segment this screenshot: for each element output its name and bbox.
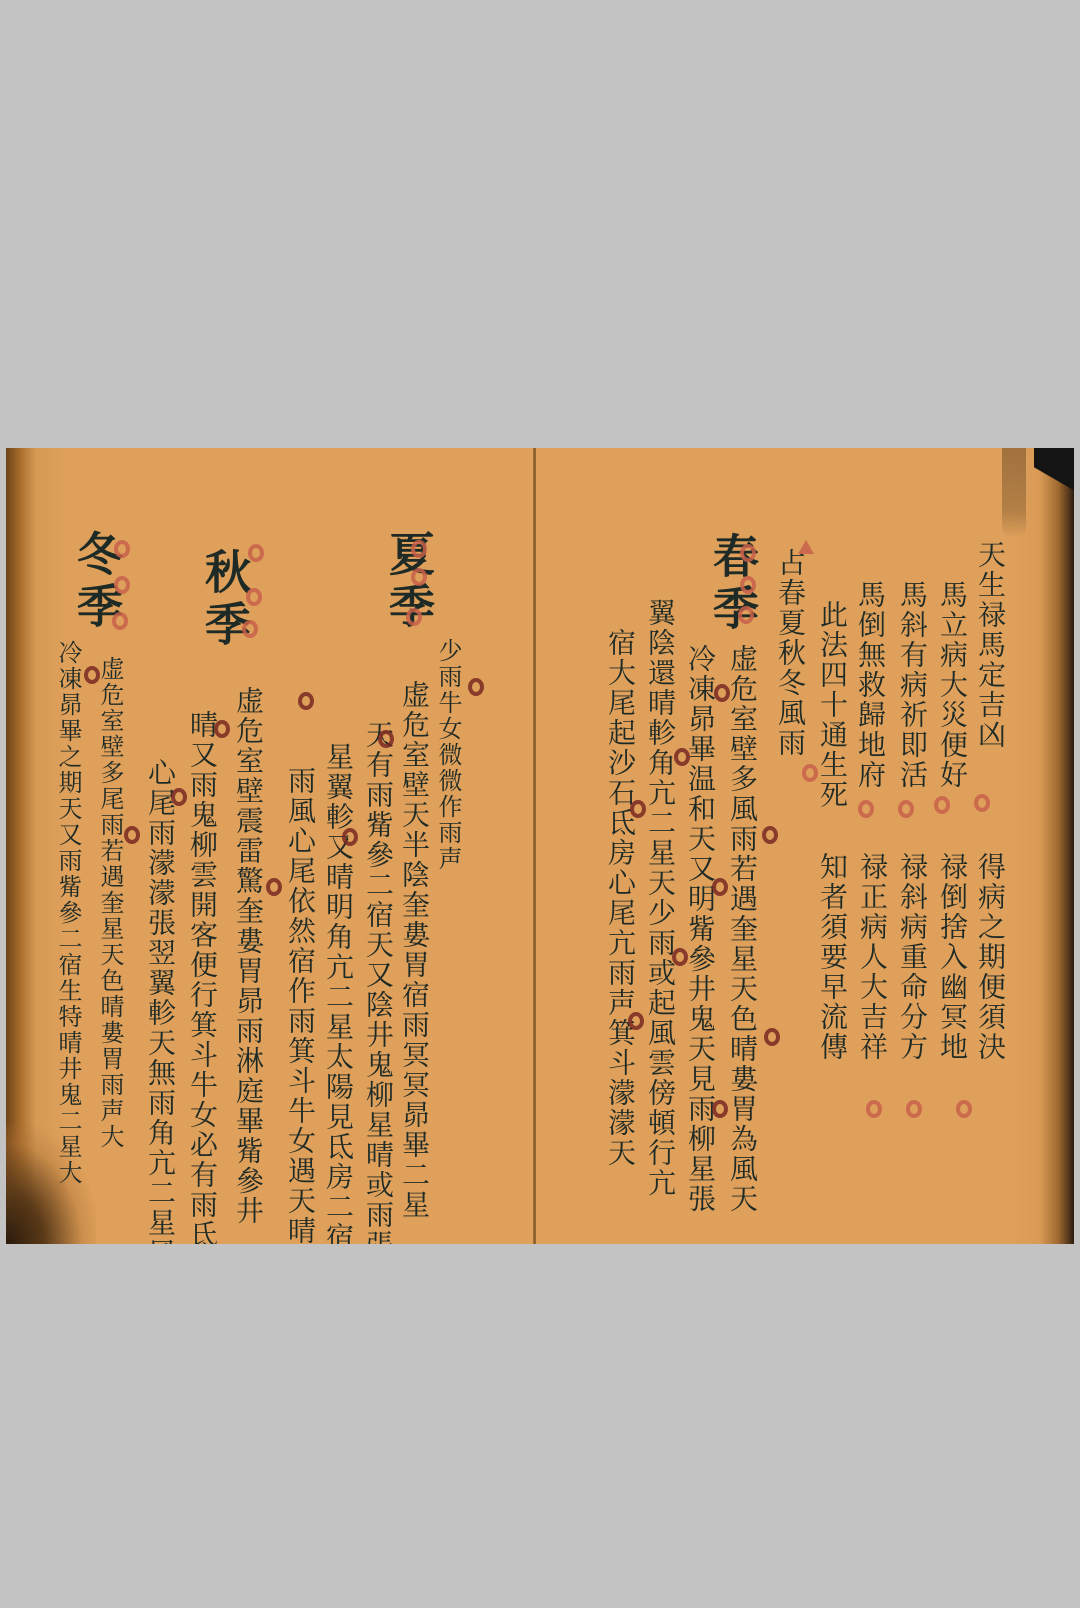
- right-page: 天生禄馬定吉凶 馬立病大災便好 馬斜有病祈即活 馬倒無救歸地府 此法四十通生死 …: [536, 448, 1074, 1244]
- verse-column-2: 馬立病大災便好: [938, 580, 966, 790]
- red-circle-mark: [866, 1100, 882, 1118]
- red-circle-mark: [246, 588, 262, 606]
- red-circle-mark: [171, 788, 187, 806]
- summer-column-2: 虚危室壁天半陰奎婁胃宿雨冥冥昴畢二星: [400, 680, 428, 1220]
- red-circle-mark: [738, 606, 754, 624]
- red-circle-mark: [630, 800, 646, 818]
- spring-heading: 春季: [700, 532, 766, 636]
- red-circle-mark: [712, 1100, 728, 1118]
- autumn-column-1: 虚危室壁震雷驚奎婁胃昴雨淋庭畢觜參井: [234, 686, 262, 1226]
- red-circle-mark: [762, 826, 778, 844]
- red-circle-mark: [672, 948, 688, 966]
- red-circle-mark: [214, 720, 230, 738]
- red-circle-mark: [934, 796, 950, 814]
- spring-column-2: 冷凍昴畢温和天又明觜參井鬼天見雨柳星張: [686, 644, 714, 1214]
- verse-column-5: 此法四十通生死: [818, 600, 846, 810]
- red-circle-mark: [112, 612, 128, 630]
- autumn-column-3: 心尾雨濛濛張翌翼軫天無雨角亢二星風雨声: [146, 758, 174, 1244]
- red-circle-mark: [858, 800, 874, 818]
- summer-column-4: 星翼軫又晴明角亢二星太陽見氐房二宿大: [324, 742, 352, 1244]
- red-circle-mark: [802, 764, 818, 782]
- red-circle-mark: [242, 620, 258, 638]
- verse-column-1: 天生禄馬定吉凶: [976, 540, 1004, 750]
- manuscript-scan: 夏季 少雨牛女微微作雨声 虚危室壁天半陰奎婁胃宿雨冥冥昴畢二星 天有雨觜參二宿天…: [6, 448, 1074, 1244]
- red-circle-mark: [740, 544, 756, 562]
- verse-column-3: 馬斜有病祈即活: [898, 580, 926, 790]
- red-circle-mark: [298, 692, 314, 710]
- verse2-column-3: 禄斜病重命分方: [898, 852, 926, 1062]
- autumn-column-2: 晴又雨鬼柳雲開客便行箕斗牛女必有雨氐房: [188, 710, 216, 1244]
- page-corner-damage: [1034, 448, 1074, 518]
- water-stain: [1002, 448, 1026, 538]
- red-circle-mark: [114, 576, 130, 594]
- red-circle-mark: [674, 748, 690, 766]
- verse2-column-1: 得病之期便須決: [976, 852, 1004, 1062]
- red-circle-mark: [764, 1028, 780, 1046]
- left-page: 夏季 少雨牛女微微作雨声 虚危室壁天半陰奎婁胃宿雨冥冥昴畢二星 天有雨觜參二宿天…: [6, 448, 536, 1244]
- summer-column-5: 雨風心尾依然宿作雨箕斗牛女遇天晴: [286, 766, 314, 1244]
- red-triangle-mark: [798, 540, 814, 554]
- red-circle-mark: [406, 608, 422, 626]
- red-circle-mark: [712, 878, 728, 896]
- red-circle-mark: [974, 794, 990, 812]
- red-circle-mark: [342, 828, 358, 846]
- verse2-column-4: 禄正病人大吉祥: [858, 852, 886, 1062]
- red-circle-mark: [956, 1100, 972, 1118]
- verse2-column-5: 知者須要早流傳: [818, 852, 846, 1062]
- summer-column-1: 少雨牛女微微作雨声: [436, 638, 460, 872]
- red-circle-mark: [266, 878, 282, 896]
- red-circle-mark: [114, 540, 130, 558]
- red-circle-mark: [714, 684, 730, 702]
- spring-column-4: 宿大尾起沙石氐房心尾亢雨声箕斗濛濛天: [606, 628, 634, 1168]
- verse2-column-2: 禄倒捨入幽冥地: [938, 852, 966, 1062]
- summer-column-3: 天有雨觜參二宿天又陰井鬼柳星晴或雨張: [364, 720, 392, 1244]
- red-circle-mark: [411, 540, 427, 558]
- spring-column-3: 翼陰還晴軫角亢二星天少雨或起風雲傍頓行亢: [646, 598, 674, 1198]
- winter-column-2: 冷凍昴畢之期天又雨觜參二宿生特晴井鬼二星大: [56, 640, 80, 1186]
- spring-column-1: 虚危室壁多風雨若遇奎星天色晴婁胃為風天: [728, 644, 756, 1214]
- red-circle-mark: [124, 826, 140, 844]
- red-circle-mark: [378, 730, 394, 748]
- red-circle-mark: [411, 568, 427, 586]
- red-circle-mark: [628, 1012, 644, 1030]
- divination-title: 占春夏秋冬風雨: [776, 548, 804, 758]
- winter-column-1: 虚危室壁多尾雨若遇奎星天色晴婁胃雨声大: [98, 656, 122, 1150]
- red-circle-mark: [468, 678, 484, 696]
- red-circle-mark: [248, 544, 264, 562]
- red-circle-mark: [740, 576, 756, 594]
- red-circle-mark: [906, 1100, 922, 1118]
- page-corner-wear: [6, 1124, 96, 1244]
- red-circle-mark: [84, 666, 100, 684]
- verse-column-4: 馬倒無救歸地府: [856, 580, 884, 790]
- red-circle-mark: [898, 800, 914, 818]
